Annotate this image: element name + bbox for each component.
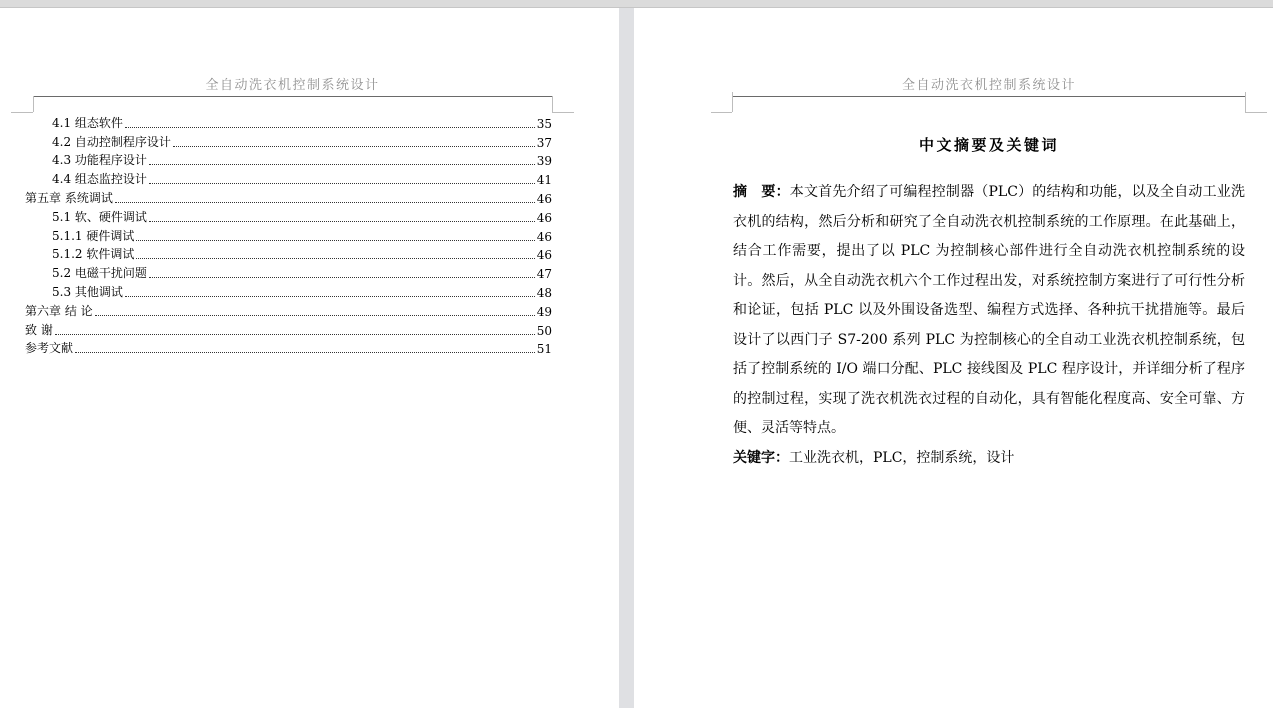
margin-corner-mark (1245, 112, 1267, 113)
toc-entry-page: 46 (537, 230, 552, 244)
abstract-block: 摘 要：本文首先介绍了可编程控制器（PLC）的结构和功能，以及全自动工业洗衣机的… (733, 178, 1245, 473)
toc-entry-page: 37 (537, 136, 552, 150)
keywords-text: 工业洗衣机，PLC，控制系统，设计 (789, 450, 1014, 466)
toc-entry-page: 35 (537, 117, 552, 131)
margin-corner-mark (711, 112, 732, 113)
keywords-line: 关键字：工业洗衣机，PLC，控制系统，设计 (733, 444, 1245, 474)
margin-corner-mark (33, 96, 34, 112)
toc-entry-label: 5.3 其他调试 (52, 283, 123, 300)
abstract-label: 摘 要： (733, 184, 790, 200)
dot-leader (136, 240, 534, 241)
abstract-text: 本文首先介绍了可编程控制器（PLC）的结构和功能，以及全自动工业洗衣机的结构，然… (733, 184, 1245, 436)
dot-leader (95, 315, 535, 316)
toc-entry-page: 46 (537, 192, 552, 206)
running-header: 全自动洗衣机控制系统设计 (733, 74, 1245, 93)
dot-leader (149, 183, 535, 184)
toc-entry-label: 4.3 功能程序设计 (52, 151, 147, 168)
toc-entry-page: 48 (537, 286, 552, 300)
toc-entry-label: 4.4 组态监控设计 (52, 170, 147, 187)
toc-entry-label: 5.1.2 软件调试 (52, 245, 134, 262)
toc-entry: 4.4 组态监控设计 41 (25, 168, 552, 187)
toc-entry-label: 参考文献 (25, 339, 73, 356)
toc-entry: 5.1.2 软件调试 46 (25, 244, 552, 263)
dot-leader (173, 146, 535, 147)
toc-entry-page: 41 (537, 173, 552, 187)
toc-entry-page: 47 (537, 267, 552, 281)
toc-entry-label: 第五章 系统调试 (25, 189, 113, 206)
toc-entry: 参考文献 51 (25, 338, 552, 357)
dot-leader (149, 164, 535, 165)
dot-leader (149, 277, 535, 278)
toc-entry-page: 46 (537, 248, 552, 262)
page-gap (619, 8, 634, 708)
toc-entry-label: 4.1 组态软件 (52, 114, 123, 131)
toc-entry: 4.1 组态软件 35 (25, 112, 552, 131)
abstract-paragraph: 摘 要：本文首先介绍了可编程控制器（PLC）的结构和功能，以及全自动工业洗衣机的… (733, 178, 1245, 444)
header-rule (733, 96, 1245, 97)
header-rule (33, 96, 552, 97)
dot-leader (115, 202, 535, 203)
margin-corner-mark (732, 92, 733, 112)
margin-corner-mark (552, 112, 574, 113)
dot-leader (125, 127, 535, 128)
dot-leader (125, 296, 535, 297)
dot-leader (75, 352, 535, 353)
toc-entry-page: 51 (537, 342, 552, 356)
toc-entry: 5.3 其他调试 48 (25, 281, 552, 300)
toc-entry-label: 4.2 自动控制程序设计 (52, 133, 171, 150)
toc-entry-label: 5.1.1 硬件调试 (52, 227, 134, 244)
table-of-contents: 4.1 组态软件 35 4.2 自动控制程序设计 37 4.3 功能程序设计 3… (25, 112, 552, 356)
dot-leader (149, 221, 535, 222)
page-left-toc: 全自动洗衣机控制系统设计 4.1 组态软件 35 4.2 自动控制程序设计 37… (0, 8, 619, 710)
margin-corner-mark (1245, 92, 1246, 112)
toc-entry: 4.2 自动控制程序设计 37 (25, 131, 552, 150)
dot-leader (55, 334, 535, 335)
dot-leader (136, 258, 534, 259)
toc-entry: 第五章 系统调试 46 (25, 187, 552, 206)
toc-entry-page: 46 (537, 211, 552, 225)
toc-entry: 致 谢 50 (25, 319, 552, 338)
toc-entry: 5.1 软、硬件调试 46 (25, 206, 552, 225)
page-right-abstract: 全自动洗衣机控制系统设计 中文摘要及关键词 摘 要：本文首先介绍了可编程控制器（… (634, 8, 1273, 710)
toc-entry: 5.2 电磁干扰问题 47 (25, 262, 552, 281)
toc-entry-label: 5.2 电磁干扰问题 (52, 264, 147, 281)
section-title: 中文摘要及关键词 (733, 134, 1245, 155)
toc-entry-page: 50 (537, 324, 552, 338)
toc-entry: 5.1.1 硬件调试 46 (25, 225, 552, 244)
toc-entry: 4.3 功能程序设计 39 (25, 150, 552, 169)
keywords-label: 关键字： (733, 450, 789, 466)
toc-entry: 第六章 结 论 49 (25, 300, 552, 319)
toc-entry-label: 致 谢 (25, 321, 53, 338)
toc-entry-page: 39 (537, 154, 552, 168)
toc-entry-label: 5.1 软、硬件调试 (52, 208, 147, 225)
toc-entry-label: 第六章 结 论 (25, 302, 93, 319)
running-header: 全自动洗衣机控制系统设计 (33, 74, 552, 93)
margin-corner-mark (552, 96, 553, 112)
window-top-edge (0, 0, 1273, 8)
toc-entry-page: 49 (537, 305, 552, 319)
